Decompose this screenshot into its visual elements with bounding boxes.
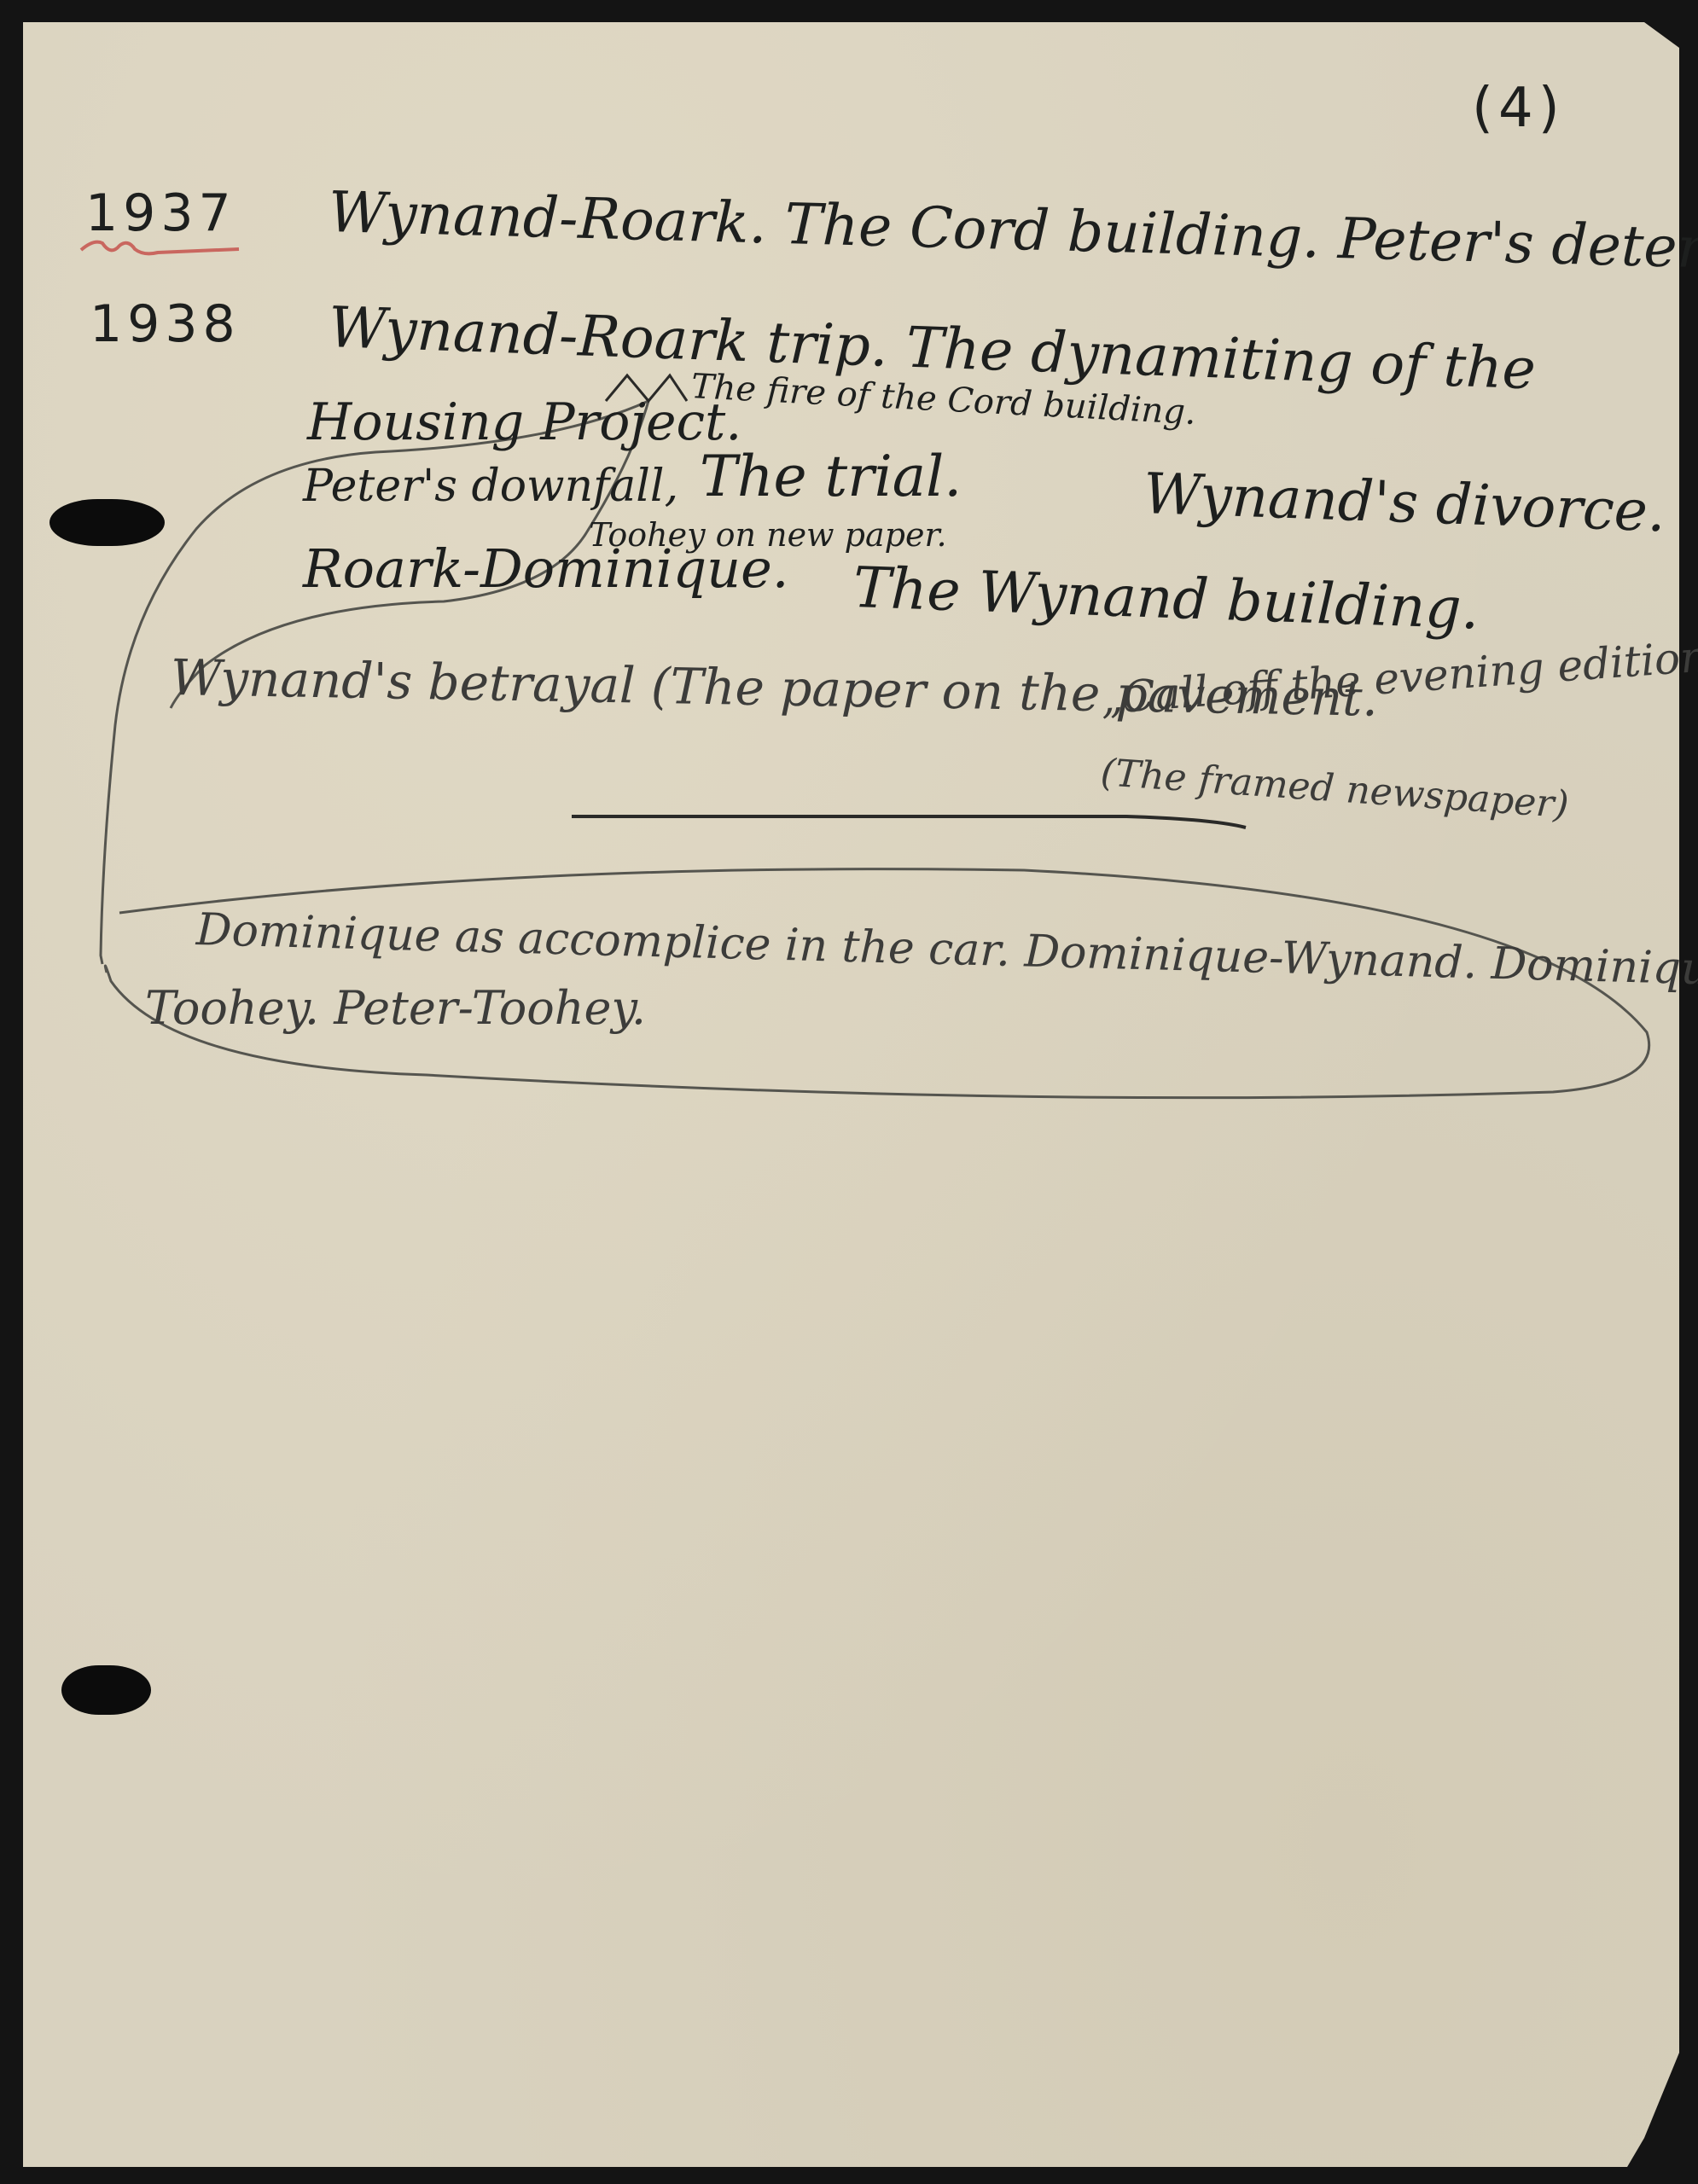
- entry-housing-project: Housing Project.: [307, 392, 741, 452]
- entry-trial: The trial.: [700, 444, 962, 509]
- entry-roark-dominique: Roark-Dominique.: [303, 537, 788, 600]
- pencil-note-toohey: Toohey. Peter-Toohey.: [145, 981, 646, 1035]
- divider-line: [572, 816, 1246, 828]
- red-underline: [81, 242, 239, 254]
- entry-peter-downfall: Peter's downfall,: [303, 461, 678, 512]
- year-1938: 1938: [90, 294, 241, 354]
- page-number: (4): [1472, 77, 1565, 140]
- year-1937: 1937: [85, 183, 236, 243]
